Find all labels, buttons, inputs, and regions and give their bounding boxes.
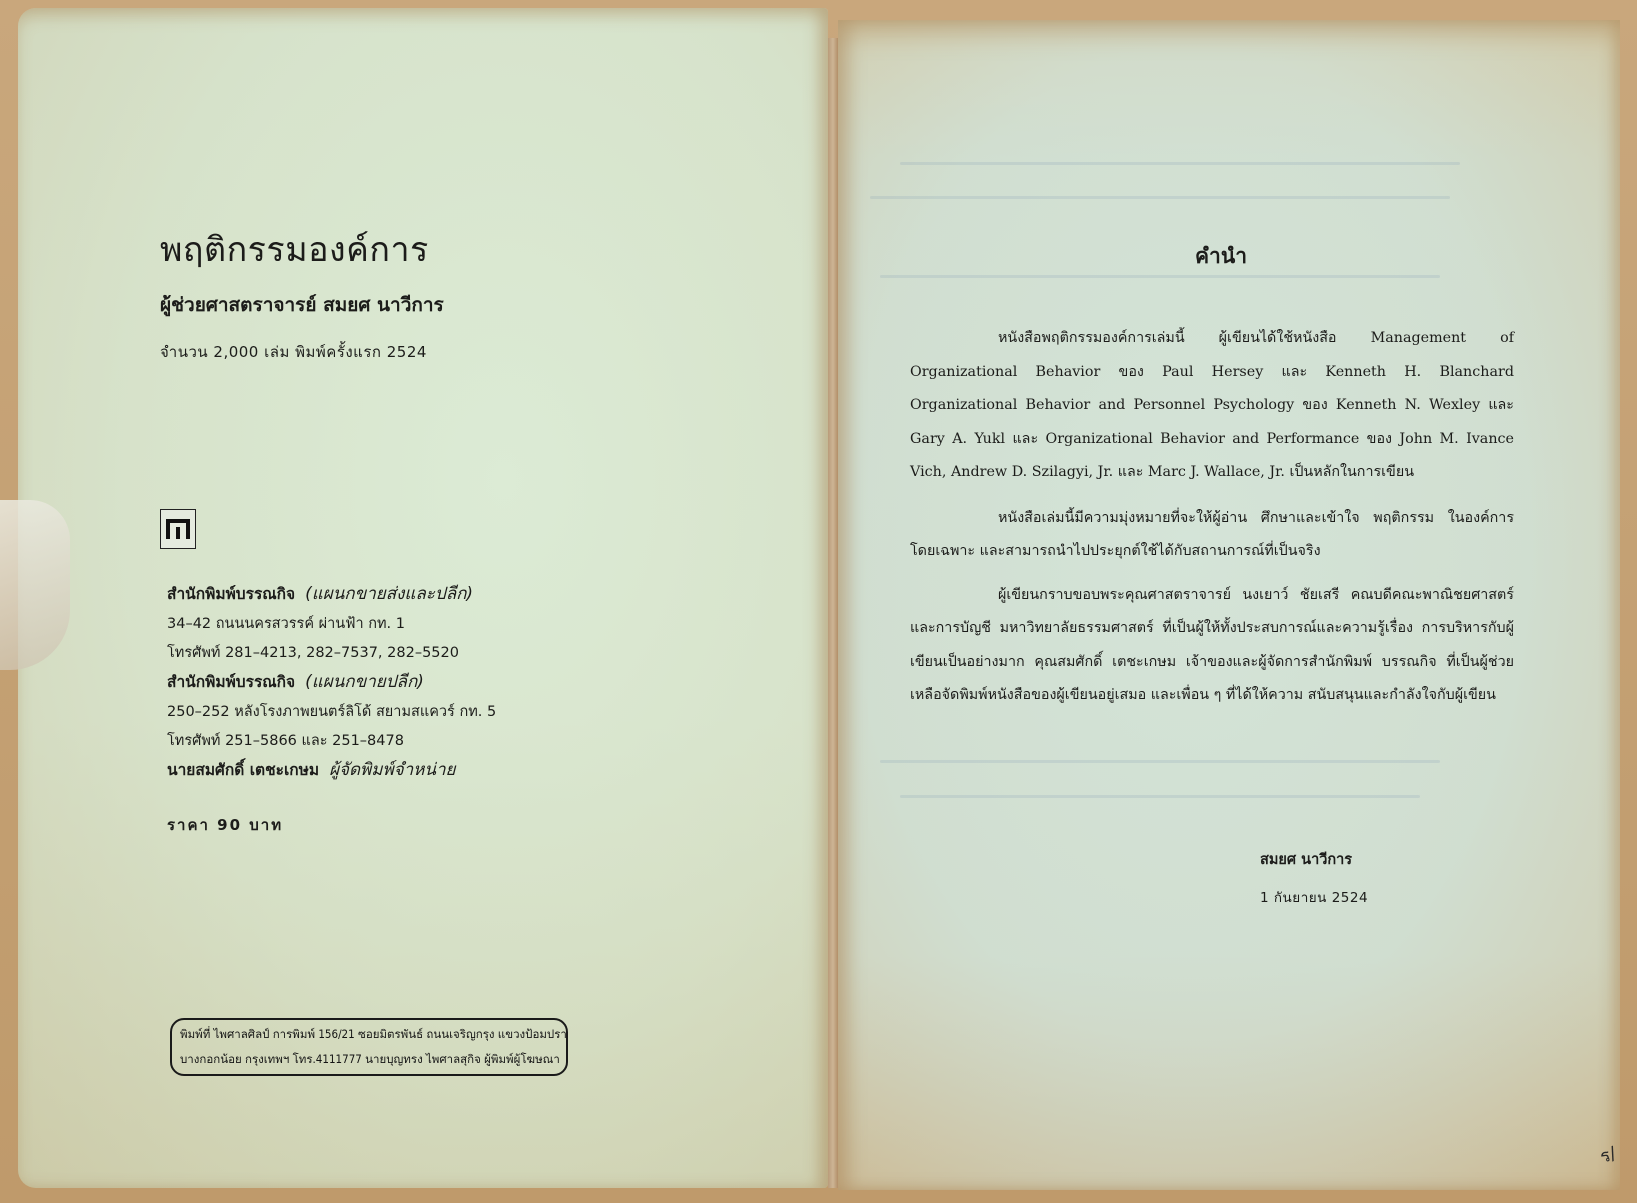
publisher-branch: (แผนกขายปลีก) bbox=[305, 672, 424, 692]
preface-paragraph: หนังสือเล่มนี้มีความมุ่งหมายที่จะให้ผู้อ… bbox=[910, 502, 1514, 569]
preface-body: หนังสือพฤติกรรมองค์การเล่มนี้ ผู้เขียนได… bbox=[910, 322, 1514, 723]
publisher-address: 250–252 หลังโรงภาพยนตร์ลิโด้ สยามสแควร์ … bbox=[167, 698, 496, 727]
distributor-name: นายสมศักดิ์ เตชะเกษม bbox=[167, 761, 319, 779]
preface-signature: สมยศ นาวีการ bbox=[1260, 848, 1352, 871]
book-gutter bbox=[828, 38, 838, 1188]
publisher-address: 34–42 ถนนนครสวรรค์ ผ่านฟ้า กท. 1 bbox=[167, 610, 496, 639]
publisher-info: สำนักพิมพ์บรรณกิจ(แผนกขายส่งและปลีก) 34–… bbox=[167, 580, 496, 786]
preface-heading: คำนำ bbox=[1195, 240, 1247, 273]
printer-stamp: พิมพ์ที่ ไพศาลศิลป์ การพิมพ์ 156/21 ซอยม… bbox=[170, 1018, 568, 1076]
bleed-through-line bbox=[880, 760, 1440, 763]
publisher-name: สำนักพิมพ์บรรณกิจ bbox=[167, 585, 295, 603]
publisher-phone: โทรศัพท์ 281–4213, 282–7537, 282–5520 bbox=[167, 639, 496, 668]
publisher-phone: โทรศัพท์ 251–5866 และ 251–8478 bbox=[167, 727, 496, 756]
bleed-through-line bbox=[900, 162, 1460, 165]
publisher-logo-icon bbox=[160, 509, 196, 549]
publisher-branch: (แผนกขายส่งและปลีก) bbox=[305, 584, 473, 604]
distributor-role: ผู้จัดพิมพ์จำหน่าย bbox=[329, 760, 455, 780]
preface-paragraph: ผู้เขียนกราบขอบพระคุณศาสตราจารย์ นงเยาว์… bbox=[910, 579, 1514, 713]
publisher-name: สำนักพิมพ์บรรณกิจ bbox=[167, 673, 295, 691]
publisher-retail: สำนักพิมพ์บรรณกิจ(แผนกขายปลีก) bbox=[167, 668, 496, 698]
print-run-info: จำนวน 2,000 เล่ม พิมพ์ครั้งแรก 2524 bbox=[160, 340, 427, 364]
author-line: ผู้ช่วยศาสตราจารย์ สมยศ นาวีการ bbox=[160, 290, 444, 320]
bleed-through-line bbox=[880, 275, 1440, 278]
book-title: พฤติกรรมองค์การ bbox=[160, 222, 429, 276]
bleed-through-line bbox=[870, 196, 1450, 199]
printer-stamp-line: พิมพ์ที่ ไพศาลศิลป์ การพิมพ์ 156/21 ซอยม… bbox=[180, 1022, 558, 1047]
preface-paragraph: หนังสือพฤติกรรมองค์การเล่มนี้ ผู้เขียนได… bbox=[910, 322, 1514, 490]
publisher-mark-glyph bbox=[166, 519, 190, 539]
publisher-wholesale: สำนักพิมพ์บรรณกิจ(แผนกขายส่งและปลีก) bbox=[167, 580, 496, 610]
printer-stamp-line: บางกอกน้อย กรุงเทพฯ โทร.4111777 นายบุญทร… bbox=[180, 1047, 558, 1072]
preface-date: 1 กันยายน 2524 bbox=[1260, 886, 1368, 908]
distributor-line: นายสมศักดิ์ เตชะเกษมผู้จัดพิมพ์จำหน่าย bbox=[167, 756, 496, 786]
bleed-through-line bbox=[900, 795, 1420, 798]
book-price: ราคา 90 บาท bbox=[167, 813, 283, 837]
